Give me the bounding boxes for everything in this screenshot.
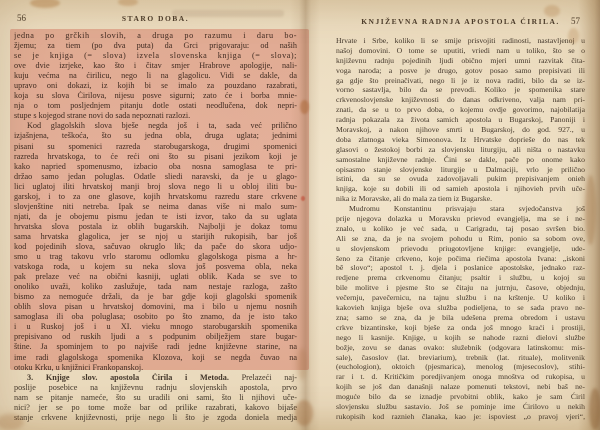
text-line: nego li kasnije. Knjige, u kojih se naho… — [336, 333, 585, 343]
text-line: vorno sastavlja, bilo da se prevodi. Kol… — [336, 85, 585, 95]
book-gutter-shadow — [290, 0, 320, 430]
stain — [30, 0, 60, 8]
text-line: moguće bilo da se iznadje prvobitni obli… — [336, 392, 585, 402]
text-line: opisasmo stanje slovjenske liturgije u D… — [336, 165, 585, 175]
text-line: znalo, u koliko je već sada, u Carigradu… — [336, 224, 585, 234]
running-header-right: KNJIŽEVNA RADNJA APOSTOLA ĆIRILA. — [336, 17, 585, 26]
text-line: našoj domovini. O tome se uputiti, vried… — [336, 46, 585, 56]
text-line: prije njegova dolazka u Moravsku prievod… — [336, 214, 585, 224]
text-line: književnu radnju pojedinih ljudi obično … — [336, 56, 585, 66]
text-line: samostalne književne radnje. Čini se dak… — [336, 155, 585, 165]
text-line: ga gdje što preinačivati, nego li je iz … — [336, 76, 585, 86]
text-line: rukopisih kod raznieh članaka, kao je: i… — [336, 412, 585, 422]
stain — [544, 5, 560, 17]
text-line: sale), časoslov (lat. breviarium), trebn… — [336, 353, 585, 363]
text-line: crkve bizantinske, koji bješe za onda jo… — [336, 323, 585, 333]
text-line: (euchologion), oktoich (pjesmarica), men… — [336, 362, 585, 372]
text-line: nika iz Moravske, ali do mala za tiem iz… — [336, 194, 585, 204]
section-heading: 3. Knjige slov. apostola Ćirila i Metoda… — [27, 373, 229, 382]
text-line: stanje crkvene književnosti, prije nego … — [14, 413, 297, 423]
text-line: Hrvate i Srbe, koliko li se smije prisvo… — [336, 36, 585, 46]
text-line: znati, da se u to prvo doba, o kojemu ov… — [336, 105, 585, 115]
text-line: nam se pitanje nameće, što su uradili on… — [14, 393, 297, 403]
text-line: Ali se zna, da je na svojem pohodu u Rim… — [336, 234, 585, 244]
page-edge-shadow — [578, 0, 600, 430]
text-line: večernju, pavečernicu, na tajnu službu i… — [336, 293, 585, 303]
text-line: zna; samo se zna, da je bila udešena pre… — [336, 313, 585, 323]
text-line: božje, zovu se danas ovako: služebnik (o… — [336, 343, 585, 353]
book-scan: 56 STARO DOBA. jedna po grčkih slovih, a… — [0, 0, 600, 430]
text-line: crkvenoslovjenske književnosti do danas … — [336, 95, 585, 105]
text-line: bile molitve i pjesme što se čitaju na j… — [336, 283, 585, 293]
right-text-column: Hrvate i Srbe, koliko li se smije prisvo… — [336, 36, 585, 422]
text-line: doba zlatnoga vieka Simeonova. Iz Hrvats… — [336, 135, 585, 145]
text-line: rar i t. d. Kritičkim poredjivanjem onog… — [336, 372, 585, 382]
text-line: nici? jer se po tome može bar od prilike… — [14, 403, 297, 413]
text-line: slovjensku službu sastavio. Još se pomin… — [336, 402, 585, 412]
text-line: glasovi o žestokoj borbi za slovjensku l… — [336, 145, 585, 155]
text-line: kakovieh knjiga bješe ova služba podielj… — [336, 303, 585, 313]
text-line: knjiga, koje su dobili ili od samieh apo… — [336, 184, 585, 194]
stain — [118, 0, 138, 6]
text-line: u slovjenskom prievodu priugotovljene kn… — [336, 244, 585, 254]
text-line: radnja pokazala za života samich apostol… — [336, 115, 585, 125]
text-line: poslije posebice na književnu radnju slo… — [14, 383, 297, 393]
text-line: 3. Knjige slov. apostola Ćirila i Metoda… — [14, 373, 297, 383]
text-line: redjene prema crkvenomu čitanju; psaltir… — [336, 273, 585, 283]
text-line: bě slovo“; apostol t. j. djela i poslani… — [336, 263, 585, 273]
running-header-left: STARO DOBA. — [14, 14, 297, 23]
pink-highlight-overlay — [10, 29, 309, 370]
text-line: šeno za čitanje crkveno, koje počima rie… — [336, 254, 585, 264]
text-line: Moravskoj, a nakon njihove smrti u Bugar… — [336, 125, 585, 135]
text-line: istini, da su se ovuda zadovoljavali puk… — [336, 174, 585, 184]
text-line: kojih se još dan današnji nalaze pomenut… — [336, 382, 585, 392]
text-line: Mudromu Konstantinu prisvajaju stara svj… — [336, 204, 585, 214]
text-line: voga naroda; a posve je drugo, gotov pos… — [336, 66, 585, 76]
